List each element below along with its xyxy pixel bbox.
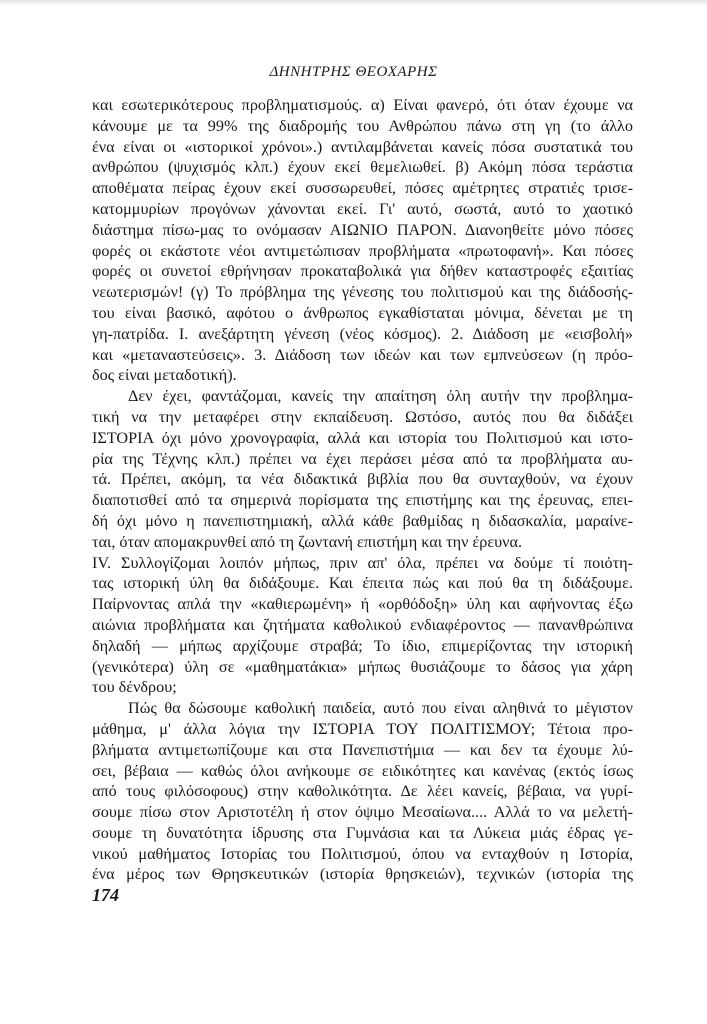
page-number: 174 xyxy=(92,885,119,906)
text-line: διαποτισθεί από τα σημερινά πορίσματα τη… xyxy=(92,490,633,511)
section-start: IV. Συλλογίζομαι λοιπόν μήπως, πριν απ' … xyxy=(92,553,633,574)
text-line: φορές οι συνετοί εθρήνησαν προκαταβολικά… xyxy=(92,261,633,282)
text-line: σουμε πίσω στον Αριστοτέλη ή στον όψιμο … xyxy=(92,802,633,823)
text-line: φορές οι εκάστοτε νέοι αντιμετώπισαν προ… xyxy=(92,241,633,262)
text-line: μάθημα, μ' άλλα λόγια την ΙΣΤΟΡΙΑ ΤΟΥ ΠΟ… xyxy=(92,719,633,740)
text-line: δος είναι μεταδοτική). xyxy=(92,365,633,386)
running-head: ΔΗΝΗΤΡΗΣ ΘΕΟΧΑΡΗΣ xyxy=(0,64,707,81)
text-line: βλήματα αντιμετωπίζουμε και στα Πανεπιστ… xyxy=(92,740,633,761)
text-line: ανθρώπου (ψυχισμός κλπ.) έχουν εκεί θεμε… xyxy=(92,157,633,178)
text-line: τά. Πρέπει, ακόμη, τα νέα διδακτικά βιβλ… xyxy=(92,469,633,490)
text-line: δή όχι μόνο η πανεπιστημιακή, αλλά κάθε … xyxy=(92,511,633,532)
text-line: νεωτερισμών! (γ) Το πρόβλημα της γένεσης… xyxy=(92,282,633,303)
text-line: ρία της Τέχνης κλπ.) πρέπει να έχει περά… xyxy=(92,449,633,470)
text-line: σουμε τη δυνατότητα ίδρυσης στα Γυμνάσια… xyxy=(92,823,633,844)
body-text: και εσωτερικότερους προβληματισμούς. α) … xyxy=(92,95,633,885)
text-line: σει, βέβαια — καθώς όλοι ανήκουμε σε ειδ… xyxy=(92,761,633,782)
paragraph-start: Πώς θα δώσουμε καθολική παιδεία, αυτό πο… xyxy=(92,698,633,719)
text-line: του είναι βασικό, αφότου ο άνθρωπος εγκα… xyxy=(92,303,633,324)
text-line: γη-πατρίδα. Ι. ανεξάρτητη γένεση (νέος κ… xyxy=(92,324,633,345)
page-edge xyxy=(0,0,707,6)
text-line: τας ιστορική ύλη θα διδάξουμε. Και έπειτ… xyxy=(92,573,633,594)
text-line: κατομμυρίων προγόνων χάνονται εκεί. Γι' … xyxy=(92,199,633,220)
text-line: και «μεταναστεύσεις». 3. Διάδοση των ιδε… xyxy=(92,345,633,366)
text-line: (γενικότερα) ύλη σε «μαθηματάκια» μήπως … xyxy=(92,657,633,678)
text-line: τική να την μεταφέρει στην εκπαίδευση. Ω… xyxy=(92,407,633,428)
text-line: και εσωτερικότερους προβληματισμούς. α) … xyxy=(92,95,633,116)
text-line: από τους φιλόσοφους) στην καθολικότητα. … xyxy=(92,781,633,802)
text-line: του δένδρου; xyxy=(92,677,633,698)
text-line: διάστημα πίσω-μας το ονόμασαν ΑΙΩΝΙΟ ΠΑΡ… xyxy=(92,220,633,241)
text-line: δηλαδή — μήπως αρχίζουμε στραβά; Το ίδιο… xyxy=(92,636,633,657)
text-line: κάνουμε με τα 99% της διαδρομής του Ανθρ… xyxy=(92,116,633,137)
text-line: αιώνια προβλήματα και ζητήματα καθολικού… xyxy=(92,615,633,636)
text-line: αποθέματα πείρας έχουν εκεί συσσωρευθεί,… xyxy=(92,178,633,199)
paragraph-start: Δεν έχει, φαντάζομαι, κανείς την απαίτησ… xyxy=(92,386,633,407)
text-line: ένα μέρος των Θρησκευτικών (ιστορία θρησ… xyxy=(92,864,633,885)
text-line: Παίρνοντας απλά την «καθιερωμένη» ή «ορθ… xyxy=(92,594,633,615)
text-line: ένα είναι οι «ιστορικοί χρόνοι».) αντιλα… xyxy=(92,137,633,158)
text-line: νικού μαθήματος Ιστορίας του Πολιτισμού,… xyxy=(92,844,633,865)
text-line: ΙΣΤΟΡΙΑ όχι μόνο χρονογραφία, αλλά και ι… xyxy=(92,428,633,449)
text-line: ται, όταν απομακρυνθεί από τη ζωντανή επ… xyxy=(92,532,633,553)
